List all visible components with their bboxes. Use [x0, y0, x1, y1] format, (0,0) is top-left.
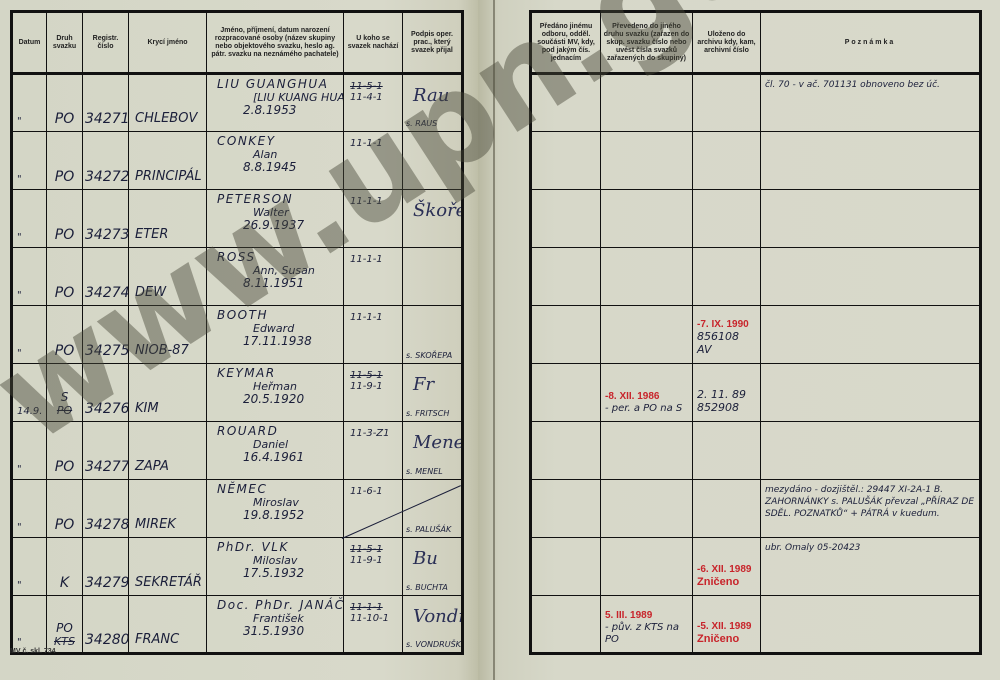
- archive-number: 2. 11. 89 852908: [697, 388, 746, 414]
- location-cell: 11-3-Z1: [344, 422, 403, 480]
- table-row: -7. IX. 1990856108 AV: [531, 306, 981, 364]
- note-cell: [761, 306, 981, 364]
- archive-number: 856108 AV: [697, 330, 739, 356]
- signature-mark: Vondruška: [413, 606, 463, 627]
- converted-cell: 5. III. 1989- pův. z KTS na PO: [601, 596, 693, 654]
- signature-mark: Bu: [413, 548, 438, 569]
- cover-name: DEW: [129, 248, 207, 306]
- signature-name: s. SKOŘEPA: [406, 351, 452, 360]
- note-cell: [761, 248, 981, 306]
- date-cell: 14.9. 1987: [12, 364, 47, 422]
- person-birth-date: 26.9.1937: [217, 219, 339, 232]
- handed-over-cell: [531, 538, 601, 596]
- archive-number: Zničeno: [697, 633, 739, 645]
- archived-cell: -6. XII. 1989Zničeno: [693, 538, 761, 596]
- person-cell: LIU GUANGHUA[LIU KUANG HUA]2.8.1953: [207, 74, 344, 132]
- file-type: PO: [55, 227, 74, 243]
- converted-cell: -8. XII. 1986- per. a PO na S: [601, 364, 693, 422]
- location-cell: 11-1-1: [344, 132, 403, 190]
- table-row: -8. XII. 1986- per. a PO na S2. 11. 89 8…: [531, 364, 981, 422]
- file-type-cell: PO: [47, 306, 83, 364]
- table-row: [531, 422, 981, 480]
- file-type: PO: [55, 517, 74, 533]
- archived-cell: [693, 74, 761, 132]
- archived-cell: [693, 190, 761, 248]
- location-cell: 11-1-1: [344, 248, 403, 306]
- note-cell: [761, 190, 981, 248]
- person-surname: LIU GUANGHUA: [217, 78, 339, 91]
- registry-ledger-right: Předáno jinému odboru, odděl. součásti M…: [529, 10, 982, 655]
- person-surname: PETERSON: [217, 193, 339, 206]
- person-cell: PETERSONWalter26.9.1937: [207, 190, 344, 248]
- cover-name: CHLEBOV: [129, 74, 207, 132]
- table-row: [531, 248, 981, 306]
- archived-cell: [693, 248, 761, 306]
- person-birth-date: 17.5.1932: [217, 567, 339, 580]
- date-cell: ": [12, 74, 47, 132]
- location-struck: 11-5-1: [350, 370, 398, 381]
- note-cell: [761, 596, 981, 654]
- date-cell: ": [12, 306, 47, 364]
- registry-number: 34272: [83, 132, 129, 190]
- person-surname: Doc. PhDr. JANÁČEK: [217, 599, 339, 612]
- cover-name: ZAPA: [129, 422, 207, 480]
- file-type-cell: PO: [47, 248, 83, 306]
- handed-over-cell: [531, 480, 601, 538]
- signature-mark: Fr: [413, 374, 434, 395]
- table-row: "PO34277ZAPAROUARDDaniel16.4.196111-3-Z1…: [12, 422, 463, 480]
- registry-number: 34278: [83, 480, 129, 538]
- archived-cell: 2. 11. 89 852908: [693, 364, 761, 422]
- signature-name: s. VONDRUŠKA: [406, 640, 463, 649]
- location-struck: 11-5-1: [350, 81, 398, 92]
- table-row: [531, 132, 981, 190]
- location-code: 11-3-Z1: [350, 428, 390, 439]
- person-surname: PhDr. VLK: [217, 541, 339, 554]
- archive-number: Zničeno: [697, 576, 739, 588]
- col-header-signature: Podpis oper. prac., který svazek přijal: [403, 12, 463, 74]
- signature-cell: Menels. MENEL: [403, 422, 463, 480]
- location-struck: 11-5-1: [350, 544, 398, 555]
- col-header-cover-name: Krycí jméno: [129, 12, 207, 74]
- location-code: 11-1-1: [350, 138, 383, 149]
- handed-over-cell: [531, 190, 601, 248]
- handed-over-cell: [531, 364, 601, 422]
- table-row: "PO34274DEWROSSAnn, Susan8.11.195111-1-1: [12, 248, 463, 306]
- book-spine: [493, 0, 495, 680]
- location-cell: 11-1-1: [344, 190, 403, 248]
- handed-over-cell: [531, 596, 601, 654]
- file-type: PO: [55, 285, 74, 301]
- handed-over-cell: [531, 74, 601, 132]
- converted-cell: [601, 306, 693, 364]
- location-cell: 11-1-1: [344, 306, 403, 364]
- cover-name: SEKRETÁŘ: [129, 538, 207, 596]
- file-type: PO: [55, 111, 74, 127]
- note-text: mezydáno - dozjištěl.: 29447 XI-2A-1 B. …: [765, 485, 974, 519]
- col-header-converted: Převedeno do jiného druhu svazku (zařaze…: [601, 12, 693, 74]
- col-header-reg: Registr. číslo: [83, 12, 129, 74]
- table-row: -6. XII. 1989Zničenoubr. Omaly 05-20423: [531, 538, 981, 596]
- location-cell: 11-6-1: [344, 480, 403, 538]
- table-row: mezydáno - dozjištěl.: 29447 XI-2A-1 B. …: [531, 480, 981, 538]
- table-row: "PO34275NIOB-87BOOTHEdward17.11.193811-1…: [12, 306, 463, 364]
- location-code: 11-10-1: [350, 613, 389, 624]
- registry-ledger-left: Datum Druh svazku Registr. číslo Krycí j…: [10, 10, 464, 655]
- registry-number: 34273: [83, 190, 129, 248]
- signature-name: s. RAUS: [406, 119, 437, 128]
- note-text: čl. 70 - v ač. 701131 obnoveno bez úč.: [765, 80, 940, 90]
- location-cell: 11-1-111-10-1: [344, 596, 403, 654]
- registry-number: 34271: [83, 74, 129, 132]
- signature-cell: Škořepa: [403, 190, 463, 248]
- person-surname: ROUARD: [217, 425, 339, 438]
- file-type: PO: [55, 343, 74, 359]
- signature-mark: Škořepa: [413, 200, 463, 221]
- file-type-cell: PO: [47, 422, 83, 480]
- person-surname: BOOTH: [217, 309, 339, 322]
- file-type-cell: SPO: [47, 364, 83, 422]
- file-type-cell: PO: [47, 480, 83, 538]
- location-code: 11-9-1: [350, 555, 383, 566]
- person-surname: NĚMEC: [217, 483, 339, 496]
- file-type-cell: K: [47, 538, 83, 596]
- location-cell: 11-5-111-4-1: [344, 74, 403, 132]
- handed-over-cell: [531, 422, 601, 480]
- cover-name: PRINCIPÁL: [129, 132, 207, 190]
- person-cell: PhDr. VLKMiloslav17.5.1932: [207, 538, 344, 596]
- date-cell: ": [12, 422, 47, 480]
- note-cell: mezydáno - dozjištěl.: 29447 XI-2A-1 B. …: [761, 480, 981, 538]
- signature-mark: Menel: [413, 432, 463, 453]
- person-birth-date: 16.4.1961: [217, 451, 339, 464]
- converted-cell: [601, 248, 693, 306]
- person-birth-date: 31.5.1930: [217, 625, 339, 638]
- registry-number: 34277: [83, 422, 129, 480]
- person-cell: BOOTHEdward17.11.1938: [207, 306, 344, 364]
- col-header-person: Jméno, příjmení, datum narození rozpraco…: [207, 12, 344, 74]
- person-surname: CONKEY: [217, 135, 339, 148]
- table-row: čl. 70 - v ač. 701131 obnoveno bez úč.: [531, 74, 981, 132]
- location-code: 11-1-1: [350, 312, 383, 323]
- col-header-type: Druh svazku: [47, 12, 83, 74]
- location-code: 11-1-1: [350, 254, 383, 265]
- location-code: 11-6-1: [350, 486, 383, 497]
- registry-number: 34280: [83, 596, 129, 654]
- table-row: 5. III. 1989- pův. z KTS na PO-5. XII. 1…: [531, 596, 981, 654]
- col-header-note: Poznámka: [761, 12, 981, 74]
- table-row: "PO34272PRINCIPÁLCONKEYAlan8.8.194511-1-…: [12, 132, 463, 190]
- converted-cell: [601, 480, 693, 538]
- person-birth-date: 8.8.1945: [217, 161, 339, 174]
- person-cell: NĚMECMiroslav19.8.1952: [207, 480, 344, 538]
- date-cell: ": [12, 190, 47, 248]
- archived-cell: [693, 132, 761, 190]
- table-row: "PO34273ETERPETERSONWalter26.9.193711-1-…: [12, 190, 463, 248]
- table-row: [531, 190, 981, 248]
- file-type: PO: [55, 459, 74, 475]
- file-type-cell: POKTS: [47, 596, 83, 654]
- person-surname: ROSS: [217, 251, 339, 264]
- archived-cell: [693, 422, 761, 480]
- col-header-handed-over: Předáno jinému odboru, odděl. součásti M…: [531, 12, 601, 74]
- person-cell: ROUARDDaniel16.4.1961: [207, 422, 344, 480]
- location-cell: 11-5-111-9-1: [344, 364, 403, 422]
- person-cell: CONKEYAlan8.8.1945: [207, 132, 344, 190]
- archived-cell: -7. IX. 1990856108 AV: [693, 306, 761, 364]
- file-type: S: [47, 390, 82, 404]
- archived-cell: -5. XII. 1989Zničeno: [693, 596, 761, 654]
- file-type-struck: KTS: [47, 635, 82, 648]
- person-birth-date: 8.11.1951: [217, 277, 339, 290]
- registry-number: 34274: [83, 248, 129, 306]
- date-stamp: -8. XII. 1986: [605, 391, 688, 403]
- archived-cell: [693, 480, 761, 538]
- cover-name: FRANC: [129, 596, 207, 654]
- signature-cell: Raus. RAUS: [403, 74, 463, 132]
- table-row: "POKTS34280FRANCDoc. PhDr. JANÁČEKFranti…: [12, 596, 463, 654]
- converted-cell: [601, 190, 693, 248]
- signature-cell: s. SKOŘEPA: [403, 306, 463, 364]
- date-cell: ": [12, 596, 47, 654]
- registry-number: 34276: [83, 364, 129, 422]
- converted-cell: [601, 132, 693, 190]
- col-header-location: U koho se svazek nachází: [344, 12, 403, 74]
- location-struck: 11-1-1: [350, 602, 398, 613]
- handed-over-cell: [531, 248, 601, 306]
- person-cell: ROSSAnn, Susan8.11.1951: [207, 248, 344, 306]
- location-code: 11-4-1: [350, 92, 383, 103]
- converted-cell: [601, 538, 693, 596]
- signature-name: s. MENEL: [406, 467, 443, 476]
- note-cell: čl. 70 - v ač. 701131 obnoveno bez úč.: [761, 74, 981, 132]
- person-cell: Doc. PhDr. JANÁČEKFrantišek31.5.1930: [207, 596, 344, 654]
- signature-cell: [403, 248, 463, 306]
- person-birth-date: 2.8.1953: [217, 104, 339, 117]
- file-type-cell: PO: [47, 132, 83, 190]
- cover-name: KIM: [129, 364, 207, 422]
- registry-number: 34279: [83, 538, 129, 596]
- note-cell: [761, 132, 981, 190]
- cover-name: NIOB-87: [129, 306, 207, 364]
- person-cell: KEYMARHeřman20.5.1920: [207, 364, 344, 422]
- converted-note: - pův. z KTS na PO: [605, 622, 679, 645]
- col-header-date: Datum: [12, 12, 47, 74]
- table-row: "PO34271CHLEBOVLIU GUANGHUA[LIU KUANG HU…: [12, 74, 463, 132]
- signature-cell: [403, 132, 463, 190]
- file-type: PO: [55, 169, 74, 185]
- cover-name: ETER: [129, 190, 207, 248]
- handed-over-cell: [531, 306, 601, 364]
- signature-cell: Bus. BUCHTA: [403, 538, 463, 596]
- archive-stamp: -6. XII. 1989: [697, 564, 756, 576]
- date-cell: ": [12, 538, 47, 596]
- header-row: Datum Druh svazku Registr. číslo Krycí j…: [12, 12, 463, 74]
- converted-cell: [601, 422, 693, 480]
- file-type-cell: PO: [47, 190, 83, 248]
- location-code: 11-9-1: [350, 381, 383, 392]
- archive-stamp: -5. XII. 1989: [697, 621, 756, 633]
- signature-mark: Rau: [413, 85, 449, 106]
- person-birth-date: 20.5.1920: [217, 393, 339, 406]
- signature-cell: Frs. FRITSCH: [403, 364, 463, 422]
- form-code: MV č. skl. 734: [10, 648, 56, 655]
- file-type-struck: PO: [47, 404, 82, 417]
- date-cell: ": [12, 480, 47, 538]
- person-birth-date: 17.11.1938: [217, 335, 339, 348]
- location-cell: 11-5-111-9-1: [344, 538, 403, 596]
- location-code: 11-1-1: [350, 196, 383, 207]
- file-type: PO: [47, 621, 82, 635]
- date-cell: ": [12, 248, 47, 306]
- table-row: "K34279SEKRETÁŘPhDr. VLKMiloslav17.5.193…: [12, 538, 463, 596]
- file-type: K: [60, 575, 69, 591]
- converted-cell: [601, 74, 693, 132]
- date-cell: ": [12, 132, 47, 190]
- table-row: "PO34278MIREKNĚMECMiroslav19.8.195211-6-…: [12, 480, 463, 538]
- handed-over-cell: [531, 132, 601, 190]
- note-cell: ubr. Omaly 05-20423: [761, 538, 981, 596]
- signature-cell: Vondruškas. VONDRUŠKA: [403, 596, 463, 654]
- registry-number: 34275: [83, 306, 129, 364]
- person-surname: KEYMAR: [217, 367, 339, 380]
- table-row: 14.9. 1987SPO34276KIMKEYMARHeřman20.5.19…: [12, 364, 463, 422]
- header-row: Předáno jinému odboru, odděl. součásti M…: [531, 12, 981, 74]
- signature-name: s. FRITSCH: [406, 409, 449, 418]
- cover-name: MIREK: [129, 480, 207, 538]
- note-cell: [761, 364, 981, 422]
- converted-note: - per. a PO na S: [605, 403, 682, 414]
- note-cell: [761, 422, 981, 480]
- note-text: ubr. Omaly 05-20423: [765, 543, 860, 553]
- col-header-archived: Uloženo do archivu kdy, kam, archivní čí…: [693, 12, 761, 74]
- date-stamp: 5. III. 1989: [605, 610, 688, 622]
- file-type-cell: PO: [47, 74, 83, 132]
- signature-name: s. PALUŠÁK: [406, 525, 451, 534]
- person-birth-date: 19.8.1952: [217, 509, 339, 522]
- signature-name: s. BUCHTA: [406, 583, 448, 592]
